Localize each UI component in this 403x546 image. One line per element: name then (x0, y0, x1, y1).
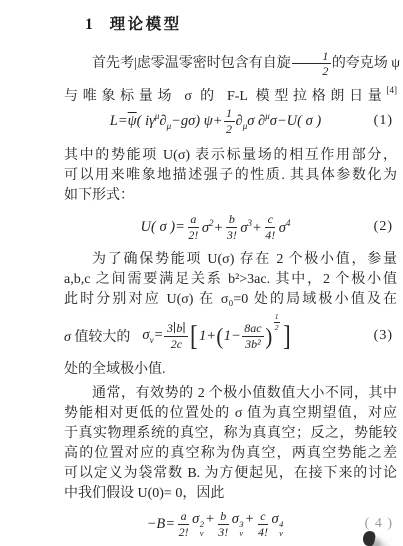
fraction: 3∣b∣2c (164, 321, 188, 351)
body-text: 如下形式： (64, 188, 134, 203)
superscript: 4 (286, 218, 291, 228)
exponent-one-half: 12 (274, 312, 280, 332)
math-token: σ (232, 511, 239, 527)
body-text: 值较大的 (71, 330, 131, 345)
math-token: σ−U( σ ) (270, 113, 321, 129)
section-heading: 1 理论模型 (64, 14, 397, 36)
math-token: σ (64, 330, 71, 345)
equation-number: ( 4 ) (365, 516, 393, 532)
math-group: L=ψ( iγμ∂μ−gσ) ψ+ (110, 111, 223, 131)
math-token: + (252, 220, 262, 236)
right-paren: ) (265, 325, 272, 348)
math-expression: σv= 3∣b∣2c [ 1+ ( 1− 8ac3b² ) 12 ] (142, 321, 291, 351)
fraction-numerator: 1 (274, 312, 280, 322)
body-text: 其中的势能项 U(σ) 表示标量场的相互作用部分， (64, 148, 397, 163)
fraction: c4! (263, 212, 278, 242)
body-text: 此时分别对应 U(σ) 在 σ₀=0 处的局域极小值及在 (64, 292, 397, 307)
equation-1: L=ψ( iγμ∂μ−gσ) ψ+ 12 ∂μσ ∂μσ−U( σ ) (1) (64, 102, 397, 140)
fraction: 8ac3b² (242, 321, 264, 351)
heading-title: 理论模型 (110, 16, 182, 33)
math-group: σ2+ (202, 218, 223, 237)
fraction-numerator: a (178, 509, 189, 524)
paragraph3-closing: 处的全域极小值. (64, 360, 397, 380)
stacked-subsup: 4v (279, 520, 283, 538)
stacked-subsup: 2v (200, 520, 204, 538)
fraction-denominator: 4! (255, 525, 270, 539)
equation-3: σ 值较大的 σv= 3∣b∣2c [ 1+ ( 1− 8ac3b² ) 12 … (64, 312, 397, 360)
math-group: σ2v+ (192, 511, 215, 538)
left-bracket: [ (190, 322, 198, 351)
equation-number: (2) (374, 219, 393, 235)
paragraph4-line4: 高的位置对应的真空称为伪真空，两真空势能之差 (64, 444, 397, 464)
psi-bar: ψ (128, 113, 137, 129)
paragraph3-line1: 为了确保势能项 U(σ) 存在 2 个极小值，参量 (64, 250, 397, 270)
math-token: + (214, 220, 224, 236)
math-group: σ4v (271, 511, 284, 538)
body-text: 处的全域极小值. (64, 362, 166, 377)
math-token: + (205, 511, 215, 527)
stacked-subsup: 3v (239, 520, 243, 538)
math-token: ∂ (236, 113, 243, 129)
math-group: σv= (142, 327, 163, 345)
fraction-numerator: c (258, 509, 268, 524)
paragraph4-line2: 势能相对更低的位置处的 σ 值为真空期望值，对应 (64, 404, 397, 424)
paragraph2-line1: 其中的势能项 U(σ) 表示标量场的相互作用部分， (64, 146, 397, 166)
equation-number: (1) (374, 113, 393, 129)
paragraph2-line2: 可以用来唯象地描述强子的性质. 其具体参数化为 (64, 166, 397, 186)
math-token: L= (110, 113, 128, 129)
paragraph2-line3: 如下形式： (64, 186, 397, 206)
fraction-denominator: 2 (275, 323, 279, 332)
fraction-numerator: a (188, 212, 199, 227)
inline-fraction-half: 12 (292, 49, 331, 79)
paragraph3-line3: 此时分别对应 U(σ) 在 σ₀=0 处的局域极小值及在 (64, 290, 397, 310)
math-token: −gσ) ψ+ (171, 113, 222, 129)
fraction-denominator: 2 (224, 122, 235, 136)
fraction-denominator: 3! (216, 525, 231, 539)
subscript-v: v (239, 529, 243, 538)
equation3-label: σ 值较大的 (64, 326, 130, 346)
subscript-v: v (279, 529, 283, 538)
fraction-numerator: 8ac (242, 321, 264, 336)
fraction-numerator: 3∣b∣ (164, 321, 188, 336)
math-token: −B= (147, 516, 175, 532)
body-text: 高的位置对应的真空称为伪真空，两真空势能之差 (64, 446, 397, 461)
math-group: ∂μσ ∂μσ−U( σ ) (236, 111, 322, 131)
body-text: 通常，有效势的 2 个极小值数值大小不同，其中 (92, 386, 397, 401)
math-token: U( σ )= (141, 219, 185, 235)
equation-4: −B= a2! σ2v+ b3! σ3v+ c4! σ4v ( 4 ) (64, 506, 397, 542)
fraction-denominator: 2c (168, 337, 184, 351)
math-token: σ (202, 220, 209, 236)
left-paren: ( (216, 325, 223, 348)
paragraph4-line6: 中我们假设 U(0)= 0，因此 (64, 484, 397, 504)
math-group: σ4 (279, 218, 291, 237)
math-token: 1+ (199, 328, 216, 345)
math-token: σ (279, 220, 286, 236)
fraction-denominator: 3! (224, 228, 239, 242)
math-token: ( iγ (137, 113, 155, 129)
math-token: 1− (224, 328, 241, 345)
math-group: σ3+ (240, 218, 261, 237)
body-text: 于真实物理系统的真空，称为真真空；反之，势能较 (64, 426, 397, 441)
body-text: 中我们假设 U(0)= 0，因此 (64, 486, 224, 501)
right-bracket: ] (282, 322, 290, 351)
math-token: σ ∂ (247, 113, 265, 129)
math-token: + (245, 511, 255, 527)
math-group: −B= (147, 516, 175, 533)
fraction-numerator: b (226, 212, 237, 227)
paragraph4-line3: 于真实物理系统的真空，称为真真空；反之，势能较 (64, 424, 397, 444)
math-token: = (154, 327, 164, 343)
equation-number: (3) (374, 328, 393, 344)
citation-marker: [4] (387, 85, 398, 95)
fraction-numerator: 1 (292, 49, 331, 64)
paragraph4-line5: 可以定义为袋常数 B. 为方便起见，在接下来的讨论 (64, 464, 397, 484)
fraction-numerator: c (265, 212, 275, 227)
fraction: a2! (176, 509, 191, 539)
fraction-denominator: 2! (186, 228, 201, 242)
fraction-numerator: 1 (224, 106, 235, 121)
body-text: 首先考|虑零温零密时包含有自旋 (92, 56, 291, 71)
math-group: U( σ )= (141, 219, 185, 236)
body-text: 可以定义为袋常数 B. 为方便起见，在接下来的讨论 (64, 466, 397, 481)
body-text: 可以用来唯象地描述强子的性质. 其具体参数化为 (64, 168, 397, 183)
fraction-denominator: 4! (263, 228, 278, 242)
fraction-denominator: 3b² (243, 337, 264, 351)
paragraph1-line1: 首先考|虑零温零密时包含有自旋12的夸克场 ψ (64, 48, 397, 80)
math-group: σ3v+ (232, 511, 255, 538)
fraction: b3! (224, 212, 239, 242)
body-text: a,b,c 之间需要满足关系 b²>3ac. 其中，2 个极小值 (64, 272, 397, 287)
body-text: 为了确保势能项 U(σ) 存在 2 个极小值，参量 (92, 252, 397, 267)
body-text: 的夸克场 ψ (332, 56, 400, 71)
fraction: c4! (255, 509, 270, 539)
subscript-v: v (200, 529, 204, 538)
fraction: 12 (224, 106, 235, 136)
fraction: b3! (216, 509, 231, 539)
equation-2: U( σ )= a2! σ2+ b3! σ3+ c4! σ4 (2) (64, 208, 397, 246)
fraction-denominator: 2! (176, 525, 191, 539)
math-token: σ (271, 511, 278, 527)
fraction-denominator: 2 (292, 64, 331, 78)
paragraph1-line2: 与唯象标量场 σ 的 F-L 模型拉格朗日量[4] (64, 80, 397, 100)
heading-number: 1 (85, 16, 93, 33)
fraction: a2! (186, 212, 201, 242)
math-token: σ (192, 511, 199, 527)
paragraph4-line1: 通常，有效势的 2 个极小值数值大小不同，其中 (64, 384, 397, 404)
page: 1 理论模型 首先考|虑零温零密时包含有自旋12的夸克场 ψ 与唯象标量场 σ … (0, 0, 403, 546)
math-token: σ (142, 327, 149, 343)
math-token: ∂ (159, 113, 166, 129)
fraction-numerator: b (218, 509, 229, 524)
paragraph3-line2: a,b,c 之间需要满足关系 b²>3ac. 其中，2 个极小值 (64, 270, 397, 290)
content: 1 理论模型 首先考|虑零温零密时包含有自旋12的夸克场 ψ 与唯象标量场 σ … (64, 0, 397, 544)
body-text: 势能相对更低的位置处的 σ 值为真空期望值，对应 (64, 406, 397, 421)
